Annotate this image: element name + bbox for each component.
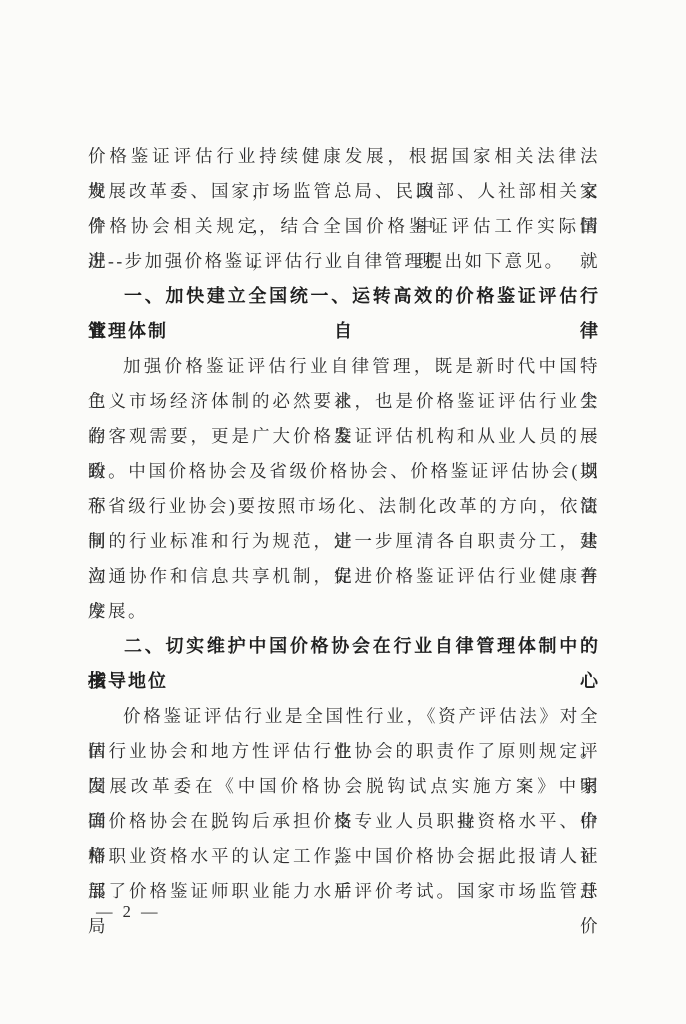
section-heading: 一、加快建立全国统一、运转高效的价格鉴证评估行业自律管理体制: [88, 279, 600, 349]
text-line: 沟通协作和信息共享机制，促进价格鉴证评估行业健康有序: [88, 559, 600, 594]
text-line: 同的行业标准和行为规范，进一步厘清各自职责分工，建立完善: [88, 524, 600, 559]
text-line: 国价格协会在脱钩后承担价格专业人员职业资格水平、价格鉴证: [88, 804, 600, 839]
text-line: 发展改革委在《中国价格协会脱钩试点实施方案》中明确，支持中: [88, 769, 600, 804]
text-line: 估行业协会和地方性评估行业协会的职责作了原则规定。国家: [88, 734, 600, 769]
text-line: 价格协会相关规定，结合全国价格鉴证评估工作实际情况，现就: [88, 209, 600, 244]
section-heading: 二、切实维护中国价格协会在行业自律管理体制中的核心指导地位: [88, 629, 600, 699]
text-line: 加强价格鉴证评估行业自律管理，既是新时代中国特色社会: [88, 349, 600, 384]
text-line: 二、切实维护中国价格协会在行业自律管理体制中的核心: [88, 629, 600, 664]
paragraph: 加强价格鉴证评估行业自律管理，既是新时代中国特色社会主义市场经济体制的必然要求，…: [88, 349, 600, 629]
text-line: 的客观需要，更是广大价格鉴证评估机构和从业人员的一致期: [88, 419, 600, 454]
page-number: — 2 —: [96, 897, 161, 927]
text-line: 盼。中国价格协会及省级价格协会、价格鉴证评估协会(以下简: [88, 454, 600, 489]
paragraph: 价格鉴证评估行业是全国性行业，《资产评估法》对全国性评估行业协会和地方性评估行业…: [88, 699, 600, 909]
paragraph: 价格鉴证评估行业持续健康发展，根据国家相关法律法规，国家发展改革委、国家市场监管…: [88, 139, 600, 279]
text-line: 进--步加强价格鉴证评估行业自律管理提出如下意见。: [88, 244, 600, 279]
text-line: 价格鉴证评估行业是全国性行业，《资产评估法》对全国性评: [88, 699, 600, 734]
text-line: 发展。: [88, 594, 600, 629]
document-body: 价格鉴证评估行业持续健康发展，根据国家相关法律法规，国家发展改革委、国家市场监管…: [88, 139, 600, 909]
text-line: 师职业资格水平的认定工作，中国价格协会据此报请人社部后开: [88, 839, 600, 874]
text-line: 称省级行业协会)要按照市场化、法制化改革的方向，依法制定共: [88, 489, 600, 524]
document-page: 价格鉴证评估行业持续健康发展，根据国家相关法律法规，国家发展改革委、国家市场监管…: [0, 0, 686, 1024]
text-line: 展了价格鉴证师职业能力水平评价考试。国家市场监管总局价: [88, 874, 600, 909]
text-line: 价格鉴证评估行业持续健康发展，根据国家相关法律法规，国家: [88, 139, 600, 174]
text-line: 一、加快建立全国统一、运转高效的价格鉴证评估行业自律: [88, 279, 600, 314]
text-line: 主义市场经济体制的必然要求，也是价格鉴证评估行业生存发展: [88, 384, 600, 419]
text-line: 发展改革委、国家市场监管总局、民政部、人社部相关文件，中国: [88, 174, 600, 209]
